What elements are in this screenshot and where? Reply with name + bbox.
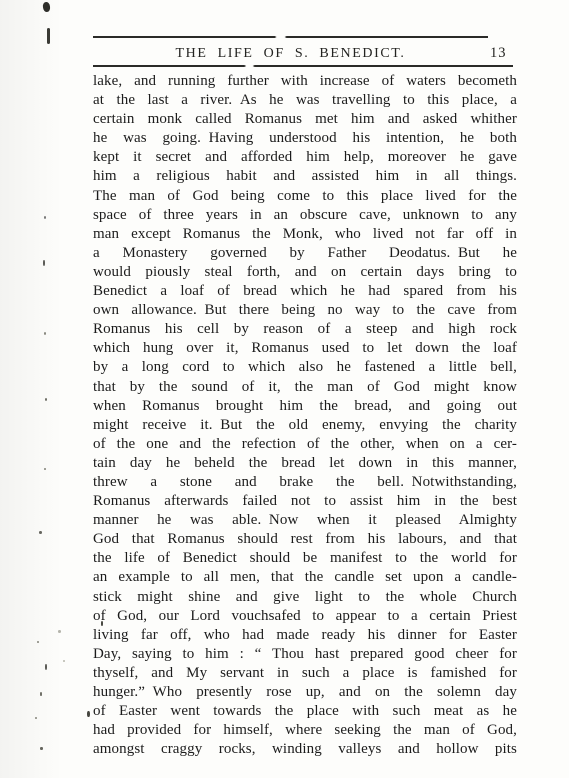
text-line: would piously steal forth, and on certai… xyxy=(93,263,517,282)
text-line: Day, saying to him : “ Thou hast prepare… xyxy=(93,645,517,664)
header-rule-top xyxy=(93,36,488,38)
body-text: lake, and running further with increase … xyxy=(93,72,517,759)
scan-artifact xyxy=(45,398,47,401)
text-line: stick might shine and give light to the … xyxy=(93,588,517,607)
text-line: the life of Benedict should be manifest … xyxy=(93,549,517,568)
scan-gutter-shading xyxy=(0,0,62,778)
scan-artifact xyxy=(37,641,39,643)
text-line: own allowance. But there being no way to… xyxy=(93,301,517,320)
text-line: a Monastery governed by Father Deodatus.… xyxy=(93,244,517,263)
text-line: lake, and running further with increase … xyxy=(93,72,517,91)
text-line: had provided for himself, where seeking … xyxy=(93,721,517,740)
text-line: at the last a river. As he was travellin… xyxy=(93,91,517,110)
text-line: an example to all men, that the candle s… xyxy=(93,568,517,587)
text-line: he was going. Having understood his inte… xyxy=(93,129,517,148)
scan-artifact xyxy=(44,216,46,219)
text-line: Benedict a loaf of bread which he had sp… xyxy=(93,282,517,301)
scan-artifact xyxy=(63,660,65,662)
text-line: thyself, and My servant in such a place … xyxy=(93,664,517,683)
text-line: hunger.” Who presently rose up, and on t… xyxy=(93,683,517,702)
text-line: that by the sound of it, the man of God … xyxy=(93,378,517,397)
text-line: Romanus his cell by reason of a steep an… xyxy=(93,320,517,339)
text-line: which hung over it, Romanus used to let … xyxy=(93,339,517,358)
text-line: Romanus afterwards failed not to assist … xyxy=(93,492,517,511)
text-line: of the one and the refection of the othe… xyxy=(93,435,517,454)
text-line: living far off, who had made ready his d… xyxy=(93,626,517,645)
page-number: 13 xyxy=(490,45,514,62)
text-line: man except Romanus the Monk, who lived n… xyxy=(93,225,517,244)
text-line: when Romanus brought him the bread, and … xyxy=(93,397,517,416)
scanned-book-page: THE LIFE OF S. BENEDICT. 13 lake, and ru… xyxy=(0,0,569,778)
scan-artifact xyxy=(40,692,42,696)
text-line: of Easter went towards the place with su… xyxy=(93,702,517,721)
text-line: amongst craggy rocks, winding valleys an… xyxy=(93,740,517,759)
running-title: THE LIFE OF S. BENEDICT. xyxy=(93,45,488,62)
text-line: The man of God being come to this place … xyxy=(93,187,517,206)
text-line: God that Romanus should rest from his la… xyxy=(93,530,517,549)
text-line: him a religious habit and assisted him i… xyxy=(93,167,517,186)
scan-artifact xyxy=(40,747,43,750)
text-line: of God, our Lord vouchsafed to appear to… xyxy=(93,607,517,626)
text-line: kept it secret and afforded him help, mo… xyxy=(93,148,517,167)
header-rule-bottom xyxy=(93,65,513,67)
text-line: certain monk called Romanus met him and … xyxy=(93,110,517,129)
text-line: threw a stone and brake the bell. Notwit… xyxy=(93,473,517,492)
text-line: might receive it. But the old enemy, env… xyxy=(93,416,517,435)
text-line: by a long cord to which also he fastened… xyxy=(93,358,517,377)
scan-artifact xyxy=(44,332,46,335)
scan-artifact xyxy=(44,468,46,470)
scan-artifact xyxy=(43,260,45,266)
scan-artifact xyxy=(42,2,50,13)
scan-artifact xyxy=(87,711,90,717)
scan-artifact xyxy=(45,664,47,670)
scan-artifact xyxy=(47,28,50,44)
text-line: manner he was able. Now when it pleased … xyxy=(93,511,517,530)
text-line: space of three years in an obscure cave,… xyxy=(93,206,517,225)
scan-artifact xyxy=(58,630,61,633)
scan-artifact xyxy=(35,717,37,719)
scan-artifact xyxy=(39,531,42,534)
text-line: tain day he beheld the bread let down in… xyxy=(93,454,517,473)
